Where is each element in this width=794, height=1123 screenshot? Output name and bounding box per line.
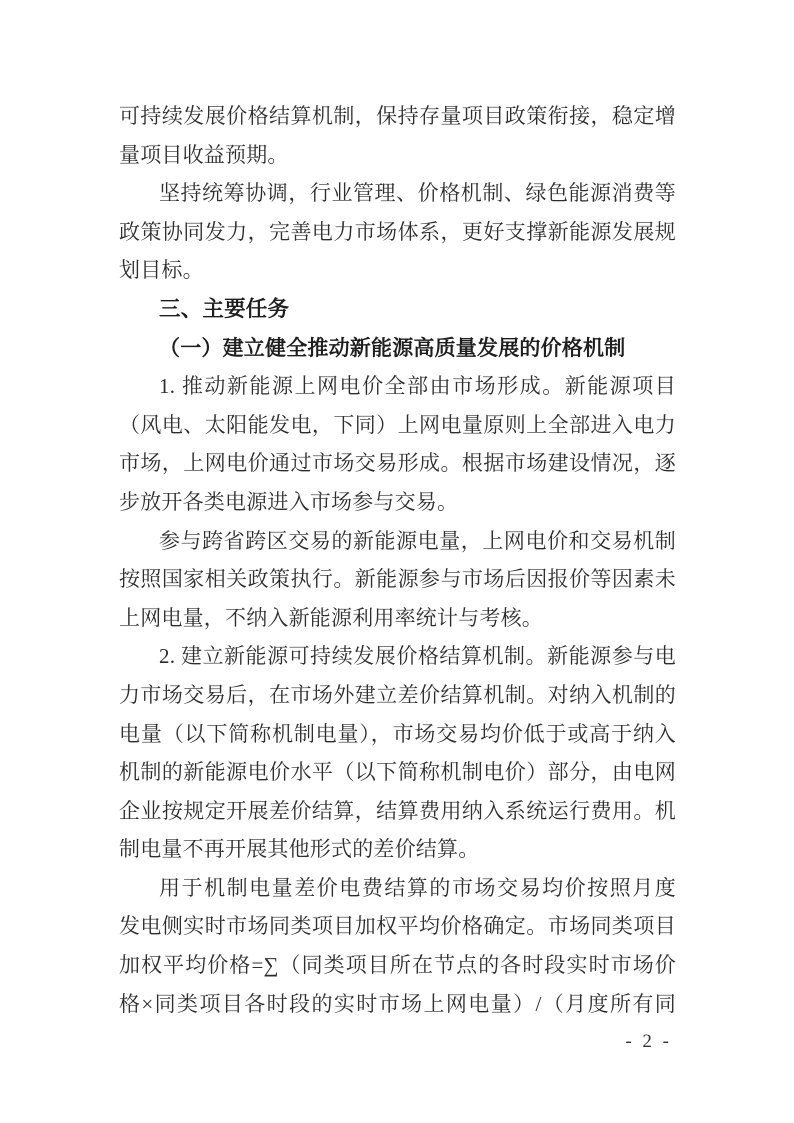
page-number: - 2 - (625, 1031, 672, 1053)
body-line: 量项目收益预期。 (119, 136, 676, 175)
body-line: 企业按规定开展差价结算，结算费用纳入系统运行费用。机 (119, 792, 676, 831)
body-line: 制电量不再开展其他形式的差价结算。 (119, 830, 676, 869)
body-line: （风电、太阳能发电，下同）上网电量原则上全部进入电力 (119, 406, 676, 445)
body-line: 可持续发展价格结算机制，保持存量项目政策衔接，稳定增 (119, 97, 676, 136)
document-page: 可持续发展价格结算机制，保持存量项目政策衔接，稳定增 量项目收益预期。 坚持统筹… (0, 0, 794, 1123)
body-line: 政策协同发力，完善电力市场体系，更好支撑新能源发展规 (119, 213, 676, 252)
body-line: 参与跨省跨区交易的新能源电量，上网电价和交易机制 (119, 522, 676, 561)
body-line: 格×同类项目各时段的实时市场上网电量）/（月度所有同 (119, 985, 676, 1024)
section-heading: 三、主要任务 (119, 290, 676, 329)
body-line: 市场，上网电价通过市场交易形成。根据市场建设情况，逐 (119, 444, 676, 483)
document-body: 可持续发展价格结算机制，保持存量项目政策衔接，稳定增 量项目收益预期。 坚持统筹… (119, 97, 676, 1023)
body-line: 电量（以下简称机制电量），市场交易均价低于或高于纳入 (119, 715, 676, 754)
body-line: 按照国家相关政策执行。新能源参与市场后因报价等因素未 (119, 560, 676, 599)
body-line: 上网电量，不纳入新能源利用率统计与考核。 (119, 599, 676, 638)
body-line: 发电侧实时市场同类项目加权平均价格确定。市场同类项目 (119, 907, 676, 946)
body-line: 用于机制电量差价电费结算的市场交易均价按照月度 (119, 869, 676, 908)
body-line: 2. 建立新能源可持续发展价格结算机制。新能源参与电 (119, 637, 676, 676)
body-line: 加权平均价格=∑（同类项目所在节点的各时段实时市场价 (119, 946, 676, 985)
body-line: 坚持统筹协调，行业管理、价格机制、绿色能源消费等 (119, 174, 676, 213)
body-line: 1. 推动新能源上网电价全部由市场形成。新能源项目 (119, 367, 676, 406)
body-line: 划目标。 (119, 251, 676, 290)
body-line: 步放开各类电源进入市场参与交易。 (119, 483, 676, 522)
body-line: 力市场交易后，在市场外建立差价结算机制。对纳入机制的 (119, 676, 676, 715)
body-line: 机制的新能源电价水平（以下简称机制电价）部分，由电网 (119, 753, 676, 792)
subsection-heading: （一）建立健全推动新能源高质量发展的价格机制 (119, 329, 676, 368)
